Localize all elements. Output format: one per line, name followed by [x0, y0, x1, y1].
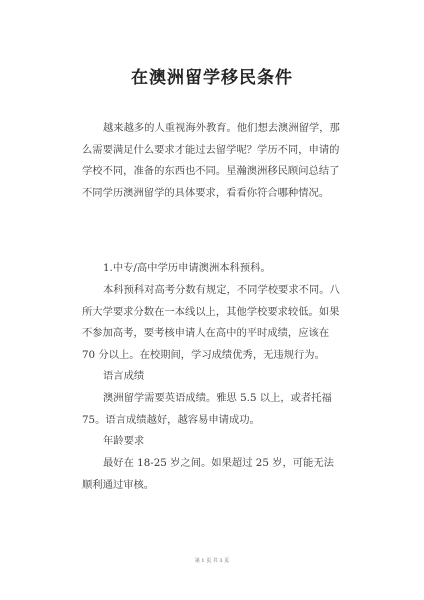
section-body: 本科预科对高考分数有规定，不同学校要求不同。八所大学要求分数在一本线以上，其他学…: [82, 280, 344, 366]
section-heading: 1.中专/高中学历申请澳洲本科预科。: [82, 258, 271, 280]
page-indicator: 第 1 页 共 3 页: [0, 557, 424, 564]
age-body: 最好在 18-25 岁之间。如果超过 25 岁，可能无法顺利通过审核。: [82, 453, 344, 496]
language-body: 澳洲留学需要英语成绩。雅思 5.5 以上，或者托福 75。语言成绩越好，越容易申…: [82, 388, 344, 431]
age-heading: 年龄要求: [82, 431, 144, 453]
document-title: 在澳洲留学移民条件: [0, 63, 424, 88]
language-heading: 语言成绩: [82, 366, 144, 388]
intro-paragraph: 越来越多的人重视海外教育。他们想去澳洲留学，那么需要满足什么要求才能过去留学呢？…: [82, 118, 344, 204]
